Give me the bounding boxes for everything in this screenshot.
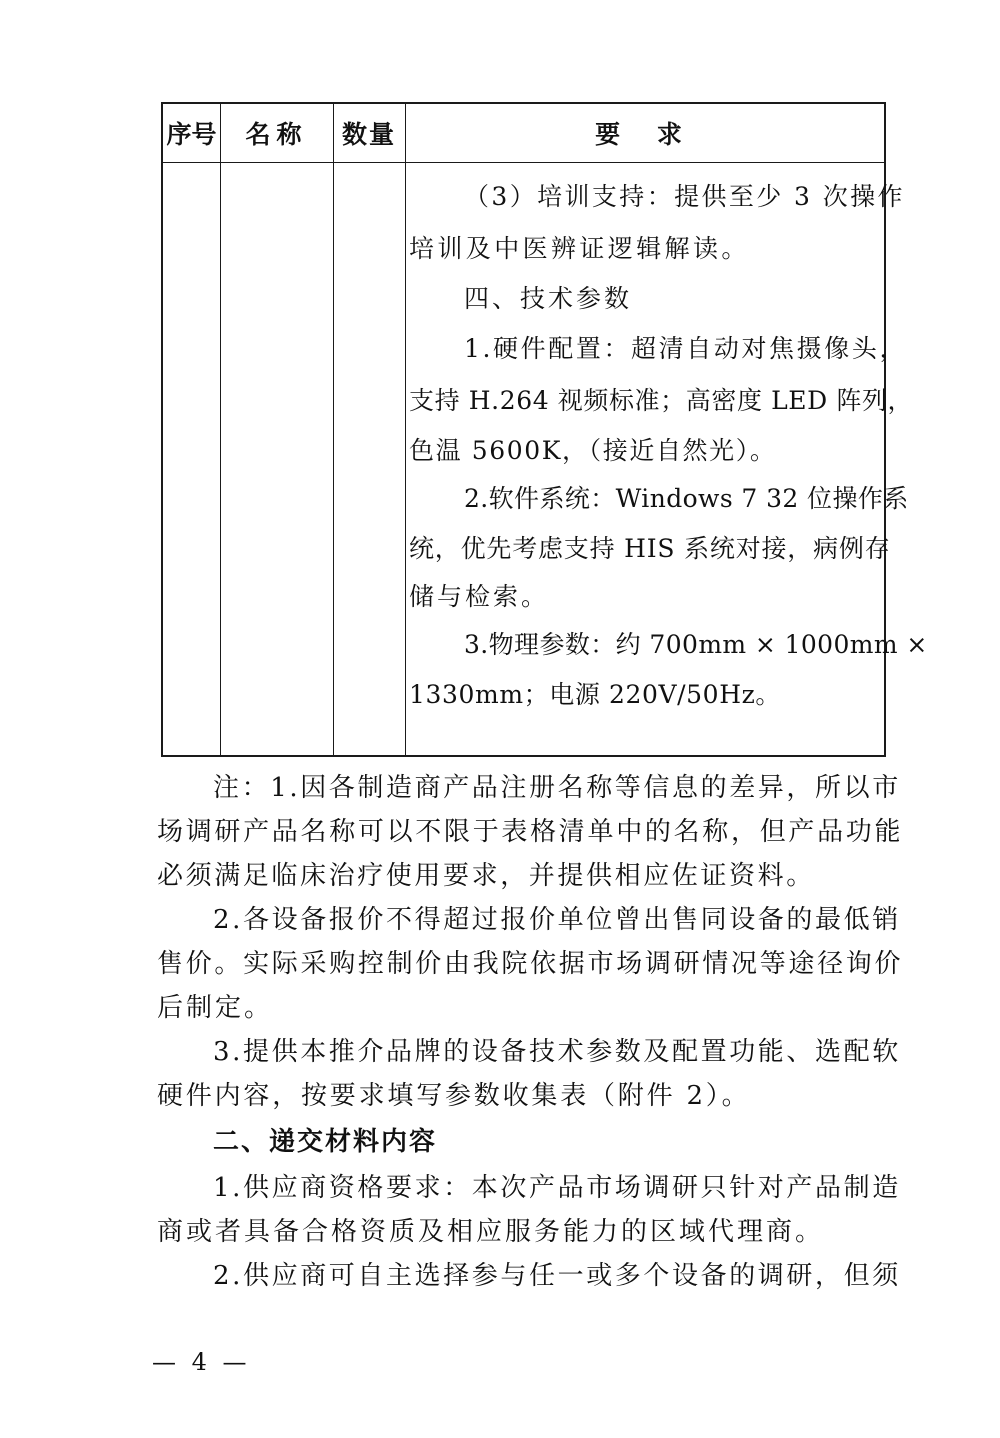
requirement-line: 1330mm；电源 220V/50Hz。 bbox=[409, 680, 781, 710]
requirements-table: 序号 名称 数量 要 求 （3）培训支持：提供至少 3 次操作 培训及中医辨证逻… bbox=[161, 102, 886, 757]
note-line: 2.各设备报价不得超过报价单位曾出售同设备的最低销 bbox=[213, 905, 901, 935]
header-index: 序号 bbox=[163, 104, 220, 162]
header-divider bbox=[163, 162, 884, 163]
note-line: 后制定。 bbox=[157, 993, 273, 1023]
requirement-line: 储与检索。 bbox=[409, 582, 549, 612]
page-number: — 4 — bbox=[152, 1348, 251, 1376]
document-page: 序号 名称 数量 要 求 （3）培训支持：提供至少 3 次操作 培训及中医辨证逻… bbox=[0, 0, 1000, 1438]
header-quantity: 数量 bbox=[333, 104, 405, 162]
column-divider bbox=[405, 104, 406, 755]
requirement-line: 1.硬件配置：超清自动对焦摄像头， bbox=[464, 334, 907, 364]
note-line: 注：1.因各制造商产品注册名称等信息的差异，所以市 bbox=[213, 773, 901, 803]
requirement-line: 色温 5600K，（接近自然光）。 bbox=[409, 436, 776, 466]
requirement-line: 3.物理参数：约 700mm × 1000mm × bbox=[464, 630, 928, 660]
column-divider bbox=[333, 104, 334, 755]
requirement-section-heading: 四、技术参数 bbox=[464, 284, 632, 314]
note-line: 售价。实际采购控制价由我院依据市场调研情况等途径询价 bbox=[157, 949, 903, 979]
section-line: 2.供应商可自主选择参与任一或多个设备的调研，但须 bbox=[213, 1261, 901, 1291]
note-line: 硬件内容，按要求填写参数收集表（附件 2）。 bbox=[157, 1081, 750, 1111]
requirement-line: 统，优先考虑支持 HIS 系统对接，病例存 bbox=[409, 534, 891, 564]
note-line: 必须满足临床治疗使用要求，并提供相应佐证资料。 bbox=[157, 861, 815, 891]
column-divider bbox=[220, 104, 221, 755]
header-name: 名称 bbox=[220, 104, 333, 162]
requirement-line: 培训及中医辨证逻辑解读。 bbox=[409, 234, 750, 264]
requirement-line: 支持 H.264 视频标准；高密度 LED 阵列， bbox=[409, 386, 913, 416]
note-line: 3.提供本推介品牌的设备技术参数及配置功能、选配软 bbox=[213, 1037, 901, 1067]
note-line: 场调研产品名称可以不限于表格清单中的名称，但产品功能 bbox=[157, 817, 903, 847]
requirement-line: （3）培训支持：提供至少 3 次操作 bbox=[464, 182, 905, 212]
section-line: 1.供应商资格要求：本次产品市场调研只针对产品制造 bbox=[213, 1173, 901, 1203]
header-requirements: 要 求 bbox=[405, 104, 886, 162]
section-line: 商或者具备合格资质及相应服务能力的区域代理商。 bbox=[157, 1217, 824, 1247]
section-heading: 二、递交材料内容 bbox=[213, 1127, 437, 1157]
requirement-line: 2.软件系统：Windows 7 32 位操作系 bbox=[464, 484, 909, 514]
